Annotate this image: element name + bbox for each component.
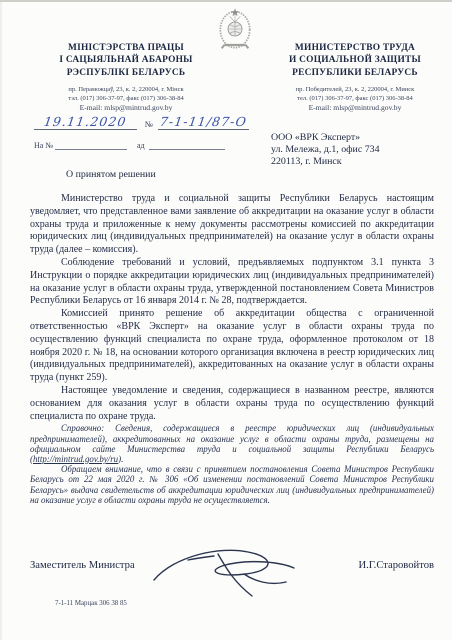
outgoing-number-handwritten: 7-1-11/87-О [159,114,248,129]
outgoing-date-handwritten: 19.11.2020 [43,114,128,129]
signer-position: Заместитель Министра [30,560,135,571]
reply-number-blank-line [55,139,127,150]
outgoing-date-line: 19.11.2020 [34,114,137,130]
ministry-address-by-line: тэл. (017) 306-37-97, факс (017) 306-38-… [26,95,226,104]
ministry-title-ru-line: РЕСПУБЛИКИ БЕЛАРУСЬ [260,67,450,79]
handwritten-signature-icon [148,544,313,600]
recipient-block: ООО «ВРК Эксперт» ул. Мележа, д.1, офис … [271,132,446,169]
number-sign-label: № [137,119,158,130]
attention-paragraph: Обращаем внимание, что в связи с приняти… [30,464,434,505]
ministry-title-by-line: МІНІСТЭРСТВА ПРАЦЫ [26,42,226,54]
reply-date-blank-line [149,139,225,150]
ministry-title-ru: МИНИСТЕРСТВО ТРУДА И СОЦИАЛЬНОЙ ЗАЩИТЫ Р… [260,42,450,79]
executor-footer: 7-1-11 Марцак 306 38 85 [55,600,127,607]
reply-reference-row: На № ад [34,132,249,150]
body-paragraph: Министерство труда и социальной защиты Р… [30,193,434,257]
recipient-city: 220113, г. Минск [271,156,446,168]
subject-line: О принятом решении [66,169,156,180]
reply-number-label: На № [34,141,55,150]
outgoing-reference-row: 19.11.2020 № 7-1-11/87-О [34,110,249,130]
signer-name: И.Г.Старовойтов [358,560,434,571]
body-paragraph: Комиссией принято решение об аккредитаци… [30,308,434,385]
ministry-title-ru-line: И СОЦИАЛЬНОЙ ЗАЩИТЫ [260,54,450,66]
body-paragraph: Настоящее уведомление и сведения, содерж… [30,385,434,423]
ministry-address-by-line: пр. Пераможцаў, 23, к. 2, 220004, г. Мін… [26,86,226,95]
ministry-title-by: МІНІСТЭРСТВА ПРАЦЫ І САЦЫЯЛЬНАЙ АБАРОНЫ … [26,42,226,79]
reference-note-paragraph: Справочно: Сведения, содержащиеся в реес… [30,423,434,464]
note-text-suffix: ). [118,454,123,464]
ministry-address-ru-line: пр. Победителей, 23, к. 2, 220004, г. Ми… [260,86,450,95]
recipient-name: ООО «ВРК Эксперт» [271,132,446,144]
letterhead-belarusian: МІНІСТЭРСТВА ПРАЦЫ І САЦЫЯЛЬНАЙ АБАРОНЫ … [26,42,226,113]
ministry-email-ru: E-mail: mlsp@mintrud.gov.by [260,103,450,113]
outgoing-number-line: 7-1-11/87-О [158,114,249,130]
ministry-title-ru-line: МИНИСТЕРСТВО ТРУДА [260,42,450,54]
ministry-title-by-line: І САЦЫЯЛЬНАЙ АБАРОНЫ [26,54,226,66]
scanned-letter-page: МІНІСТЭРСТВА ПРАЦЫ І САЦЫЯЛЬНАЙ АБАРОНЫ … [0,0,452,640]
reference-block: 19.11.2020 № 7-1-11/87-О На № ад [34,110,249,150]
ministry-title-by-line: РЭСПУБЛІКІ БЕЛАРУСЬ [26,67,226,79]
recipient-street: ул. Мележа, д.1, офис 734 [271,144,446,156]
ministry-address-ru-line: тел. (017) 306-37-97, факс (017) 306-38-… [260,95,450,104]
letter-body: Министерство труда и социальной защиты Р… [30,193,434,505]
letterhead-russian: МИНИСТЕРСТВО ТРУДА И СОЦИАЛЬНОЙ ЗАЩИТЫ Р… [260,42,450,113]
ministry-website-url: http://mintrud.gov.by/ru [33,454,118,464]
ministry-address-ru: пр. Победителей, 23, к. 2, 220004, г. Ми… [260,86,450,113]
body-paragraph: Соблюдение требований и условий, предъяв… [30,257,434,308]
reply-date-label: ад [127,141,149,150]
